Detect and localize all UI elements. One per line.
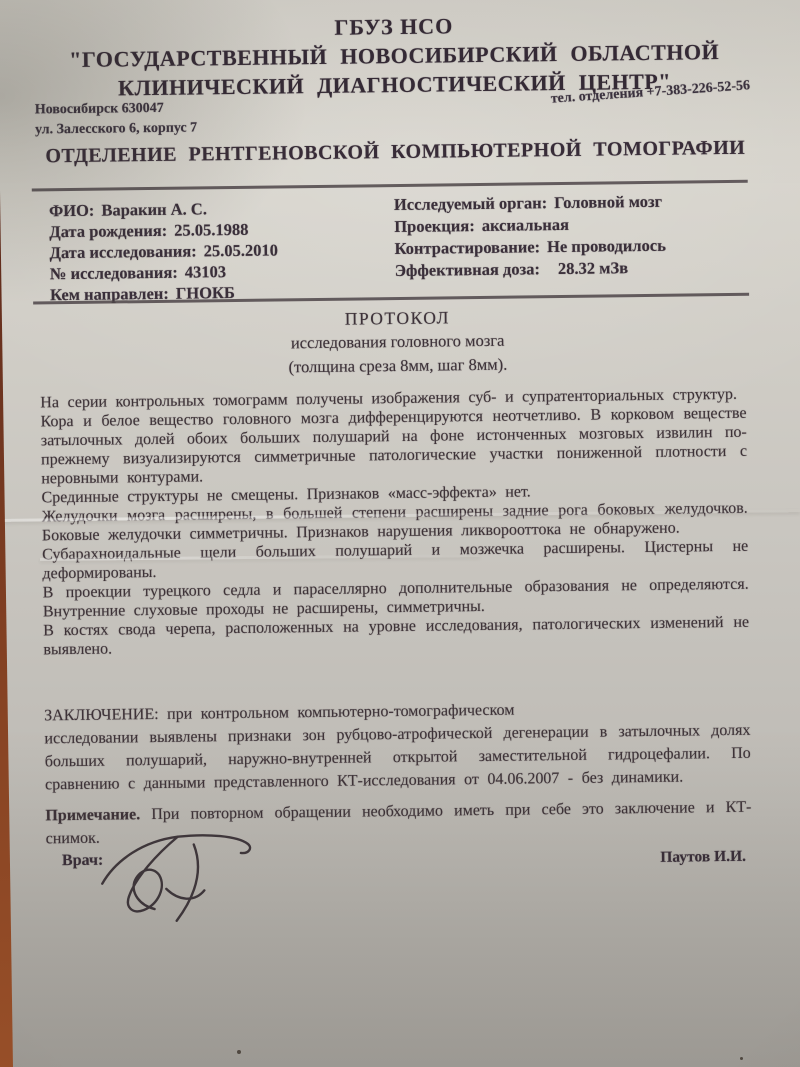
study-row-dose: Эффективная доза:28.32 мЗв <box>395 256 765 283</box>
field-value: аксиальная <box>482 215 569 235</box>
conclusion-paragraph: ЗАКЛЮЧЕНИЕ: при контрольном компьютерно-… <box>44 696 751 797</box>
findings-paragraph: В костях свода черепа, расположенных на … <box>43 613 749 660</box>
photo-of-document: { "colors":{ "table_background":"#874323… <box>0 0 800 1067</box>
field-value: 25.05.1988 <box>174 220 248 240</box>
document-content: ГБУЗ НСО "ГОСУДАРСТВЕННЫЙ НОВОСИБИРСКИЙ … <box>0 0 800 1067</box>
paper-sheet: ГБУЗ НСО "ГОСУДАРСТВЕННЫЙ НОВОСИБИРСКИЙ … <box>0 0 800 1067</box>
field-label: Проекция: <box>394 216 475 236</box>
org-address-block: Новосибирск 630047 ул. Залесского 6, кор… <box>35 98 198 140</box>
field-label: № исследования: <box>50 263 178 284</box>
department-title: ОТДЕЛЕНИЕ РЕНТГЕНОВСКОЙ КОМПЬЮТЕРНОЙ ТОМ… <box>0 136 795 169</box>
org-city: Новосибирск 630047 <box>35 98 197 120</box>
conclusion-label: ЗАКЛЮЧЕНИЕ: <box>44 706 159 724</box>
field-value: 43103 <box>185 262 226 282</box>
paper-speck <box>740 1057 743 1060</box>
field-value: 28.32 мЗв <box>558 258 628 278</box>
field-value: Не проводилось <box>547 236 666 256</box>
field-value: Головной мозг <box>554 192 662 212</box>
paper-speck <box>237 1050 241 1054</box>
note-label: Примечание. <box>45 806 140 824</box>
field-label: Дата рождения: <box>49 221 167 241</box>
field-value: Варакин А. С. <box>101 199 207 219</box>
divider-top <box>32 180 748 191</box>
field-label: Контрастирование: <box>394 237 540 258</box>
protocol-heading: ПРОТОКОЛ исследования головного мозга (т… <box>0 301 798 383</box>
org-street: ул. Залесского 6, корпус 7 <box>35 118 197 140</box>
field-value: 25.05.2010 <box>204 240 278 260</box>
study-info-block: Исследуемый орган:Головной мозг Проекция… <box>394 190 765 283</box>
findings-section: На серии контрольных томограмм получены … <box>40 385 749 660</box>
patient-info-block: ФИО:Варакин А. С. Дата рождения:25.05.19… <box>49 196 390 305</box>
findings-paragraph: Кора и белое вещество головного мозга ди… <box>40 404 747 489</box>
field-label: Эффективная доза: <box>395 259 540 280</box>
field-label: ФИО: <box>49 201 95 221</box>
field-label: Дата исследования: <box>49 241 196 262</box>
doctor-signature-icon <box>96 826 262 928</box>
field-label: Исследуемый орган: <box>394 193 547 214</box>
doctor-name: Паутов И.И. <box>660 848 746 867</box>
